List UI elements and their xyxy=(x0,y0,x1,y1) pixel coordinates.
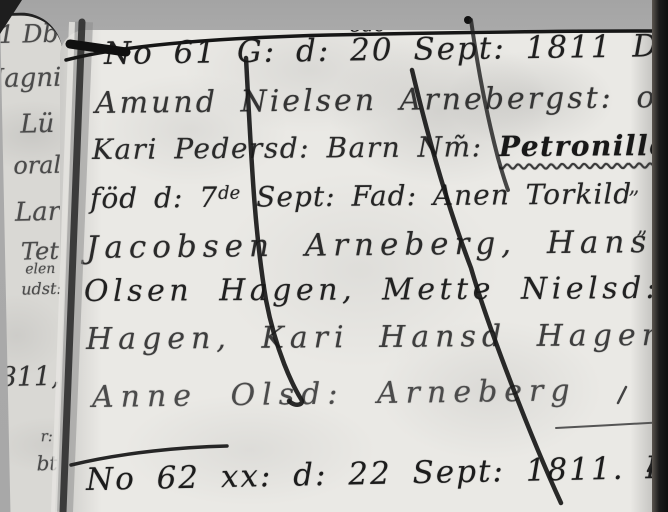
page-fragment: udst: xyxy=(21,279,62,299)
page-fragment: r: xyxy=(40,427,53,445)
page-fragment: Lü xyxy=(20,109,55,140)
page-fragment: bt xyxy=(36,451,57,475)
godparent-line: Hagen, Kari Hansd Hagen xyxy=(86,318,654,357)
entry-62-heading: No 62 xx: d: 22 Sept: 1811. Döbt xyxy=(86,449,654,498)
baptism-date: Sept: 1811 Döbt xyxy=(413,30,654,68)
baptism-day: 8de20 xyxy=(350,32,394,69)
birth-day-number: 7 xyxy=(199,181,218,214)
birth-date-label: föd d: xyxy=(90,181,184,215)
scan-right-shadow xyxy=(652,0,668,512)
date-correction: 8de xyxy=(350,30,386,37)
page-fragment: elen xyxy=(25,261,55,278)
father-name-line: Amund Nielsen Arnebergst: og xyxy=(95,80,654,121)
mother-and-child-line: Kari Pedersd: Barn Nm̃: Petronille xyxy=(92,129,654,166)
ink-dot xyxy=(464,16,472,24)
godparent-line: Anne Olsd: Arneberg xyxy=(92,373,577,415)
register-page: No 61 G: d: 8de20 Sept: 1811 Döbt Amund … xyxy=(60,30,654,512)
ordinal-suffix: de xyxy=(218,183,240,204)
entry-number: No 61 G: d: xyxy=(104,33,331,72)
page-fragment: 811, xyxy=(0,361,60,393)
page-fragment: oral xyxy=(13,151,61,180)
godparent-line: Jacobsen Arneberg, Hans xyxy=(86,224,653,266)
child-name: Petronille xyxy=(499,129,654,163)
godparents-start: Sept: Fad: Anen Torkild xyxy=(256,177,632,213)
page-fragment: Lar xyxy=(15,197,61,228)
baptism-day-number: 20 xyxy=(350,32,394,69)
page-fragment: Magni xyxy=(0,63,62,95)
register-scan: 811 Db Magni Lü oral Lar Tet elen udst: … xyxy=(0,0,668,512)
ditto-mark: ” xyxy=(636,228,647,253)
birth-date-line: föd d: 7de Sept: Fad: Anen Torkild xyxy=(90,177,633,215)
entry-61-heading: No 61 G: d: 8de20 Sept: 1811 Döbt xyxy=(104,30,654,72)
birth-day: 7de xyxy=(199,181,240,214)
ditto-mark: ” xyxy=(628,188,639,213)
mother-name: Kari Pedersd: Barn Nm̃: xyxy=(92,130,483,166)
godparent-line: Olsen Hagen, Mette Nielsd: xyxy=(84,271,654,309)
page-fragment: 811 Db xyxy=(0,19,59,50)
